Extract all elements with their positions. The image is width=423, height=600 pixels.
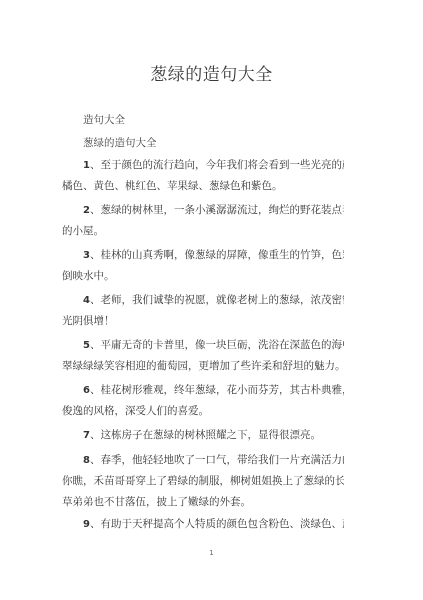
item-number: 8 xyxy=(83,455,90,466)
line: 、这栋房子在葱绿的树林照耀之下，显得很漂亮。 xyxy=(90,429,321,441)
document-title: 葱绿的造句大全 xyxy=(0,60,423,85)
line: 草弟弟也不甘落伍，披上了嫩绿的外套。 xyxy=(62,492,344,513)
item-number: 9 xyxy=(83,519,90,530)
line: 倒映水中。 xyxy=(62,266,344,287)
line: 光阴俱增！ xyxy=(62,311,344,332)
paragraph-9: 9、有助于天秤提高个人特质的颜色包含粉色、淡绿色、蓝色和 xyxy=(62,514,344,535)
item-number: 1 xyxy=(83,160,90,171)
item-number: 6 xyxy=(83,385,90,396)
line: 橘色、黄色、桃红色、苹果绿、葱绿色和紫色。 xyxy=(62,176,344,197)
paragraph-4: 4、老师，我们诚挚的祝愿，就像老树上的葱绿，浓茂密密，与 光阴俱增！ xyxy=(62,290,344,332)
paragraph-3: 3、桂林的山真秀啊，像葱绿的屏障，像重生的竹笋，色彩明媚， 倒映水中。 xyxy=(62,245,344,287)
item-number: 4 xyxy=(83,295,90,306)
line: 、至于颜色的流行趋向，今年我们将会看到一些光亮的颜色如 xyxy=(90,159,344,171)
paragraph-8: 8、春季，他轻轻地吹了一口气，带给我们一片充满活力的绿色。 你瞧，禾苗哥哥穿上了… xyxy=(62,450,344,513)
line: 你瞧，禾苗哥哥穿上了碧绿的制服，柳树姐姐换上了葱绿的长裙，连小 xyxy=(62,471,344,492)
line: 、平庸无奇的卡普里，像一块巨砺，洗浴在深蓝色的海中；那 xyxy=(90,339,344,351)
line: 俊逸的风格，深受人们的喜爱。 xyxy=(62,401,344,422)
line: 、桂林的山真秀啊，像葱绿的屏障，像重生的竹笋，色彩明媚， xyxy=(90,249,344,261)
subheading-topic: 葱绿的造句大全 xyxy=(83,135,157,150)
line: 、春季，他轻轻地吹了一口气，带给我们一片充满活力的绿色。 xyxy=(90,454,344,466)
item-number: 2 xyxy=(83,205,90,216)
line: 、桂花树形雅观，终年葱绿，花小而芬芳，其古朴典雅，清丽 xyxy=(90,384,344,396)
item-number: 5 xyxy=(83,340,90,351)
subheading-collection: 造句大全 xyxy=(83,112,125,127)
paragraph-2: 2、葱绿的树林里，一条小溪潺潺流过，绚烂的野花装点着林间 的小屋。 xyxy=(62,200,344,242)
line: 、葱绿的树林里，一条小溪潺潺流过，绚烂的野花装点着林间 xyxy=(90,204,344,216)
item-number: 7 xyxy=(83,430,90,441)
document-page: 葱绿的造句大全 造句大全 葱绿的造句大全 1、至于颜色的流行趋向，今年我们将会看… xyxy=(0,0,423,600)
page-number: 1 xyxy=(0,549,423,557)
line: 的小屋。 xyxy=(62,221,344,242)
line: 、老师，我们诚挚的祝愿，就像老树上的葱绿，浓茂密密，与 xyxy=(90,294,344,306)
paragraph-1: 1、至于颜色的流行趋向，今年我们将会看到一些光亮的颜色如 橘色、黄色、桃红色、苹… xyxy=(62,155,344,197)
paragraph-6: 6、桂花树形雅观，终年葱绿，花小而芬芳，其古朴典雅，清丽 俊逸的风格，深受人们的… xyxy=(62,380,344,422)
line: 翠绿绿绿笑容相迎的葡萄园，更增加了些许柔和舒坦的魅力。 xyxy=(62,356,344,377)
item-number: 3 xyxy=(83,250,90,261)
paragraph-7: 7、这栋房子在葱绿的树林照耀之下，显得很漂亮。 xyxy=(62,425,344,446)
line: 、有助于天秤提高个人特质的颜色包含粉色、淡绿色、蓝色和 xyxy=(90,518,344,530)
paragraph-5: 5、平庸无奇的卡普里，像一块巨砺，洗浴在深蓝色的海中；那 翠绿绿绿笑容相迎的葡萄… xyxy=(62,335,344,377)
